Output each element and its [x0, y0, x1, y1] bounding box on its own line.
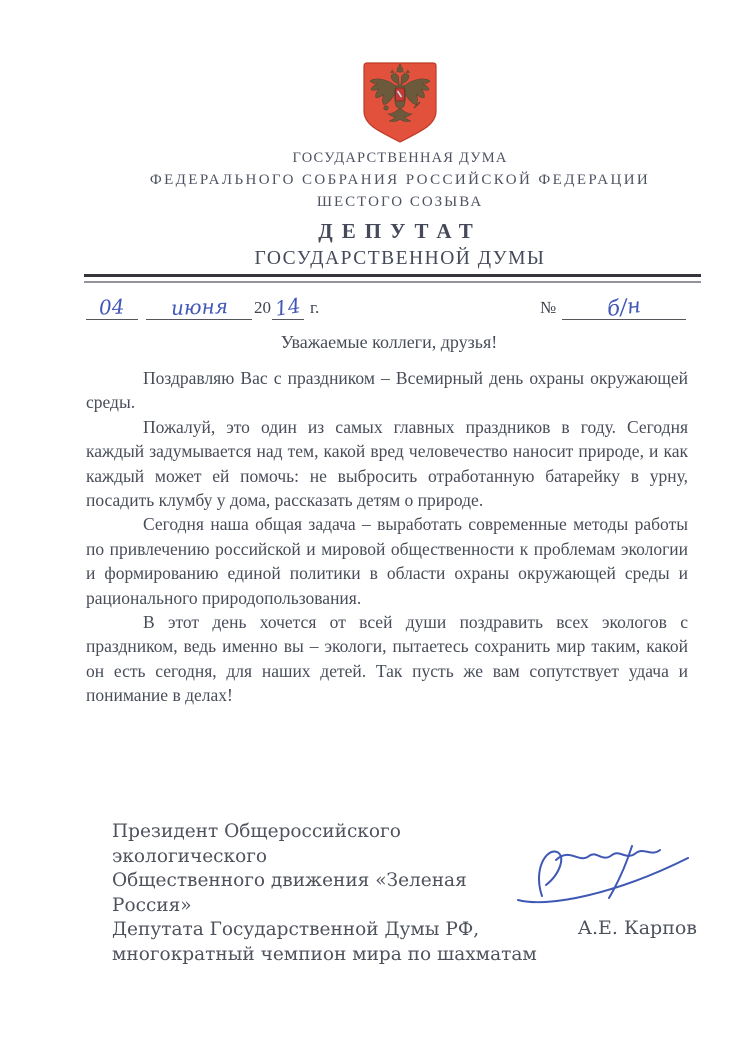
date-day-blank: 04: [86, 295, 138, 320]
dateline: 04 июня 20 14 г. № б/н: [86, 290, 702, 324]
paragraph: Поздравляю Вас с праздником – Всемирный …: [86, 366, 688, 415]
signatory-name: А.Е. Карпов: [86, 917, 697, 939]
paragraph: Пожалуй, это один из самых главных празд…: [86, 415, 688, 513]
date-year-suffix: г.: [310, 298, 319, 318]
org-convocation: ШЕСТОГО СОЗЫВА: [70, 194, 730, 211]
signature-role-line: многократный чемпион мира по шахматам: [112, 943, 542, 968]
deputy-title: ДЕПУТАТ: [70, 219, 730, 244]
letterhead-org-block: ГОСУДАРСТВЕННАЯ ДУМА ФЕДЕРАЛЬНОГО СОБРАН…: [70, 150, 730, 211]
date-year-blank: 14: [272, 295, 304, 320]
letterhead-title-block: ДЕПУТАТ ГОСУДАРСТВЕННОЙ ДУМЫ: [70, 219, 730, 270]
handwritten-signature-icon: [512, 838, 698, 912]
org-subtitle: ФЕДЕРАЛЬНОГО СОБРАНИЯ РОССИЙСКОЙ ФЕДЕРАЦ…: [70, 172, 730, 189]
paragraph: В этот день хочется от всей души поздрав…: [86, 610, 688, 708]
handwritten-number: б/н: [606, 293, 642, 321]
letter-page: ГОСУДАРСТВЕННАЯ ДУМА ФЕДЕРАЛЬНОГО СОБРАН…: [0, 0, 750, 1062]
handwritten-month: июня: [170, 294, 228, 320]
handwritten-year: 14: [274, 293, 303, 321]
number-blank: б/н: [562, 295, 686, 320]
letterhead-divider: [84, 274, 701, 283]
signature-role-line: Общественного движения «Зеленая Россия»: [112, 869, 542, 918]
number-label: №: [540, 298, 556, 318]
deputy-subtitle: ГОСУДАРСТВЕННОЙ ДУМЫ: [70, 248, 730, 270]
paragraph: Сегодня наша общая задача – выработать с…: [86, 512, 688, 610]
handwritten-day: 04: [99, 294, 126, 319]
signature-role-block: Президент Общероссийского экологического…: [112, 820, 542, 968]
salutation: Уважаемые коллеги, друзья!: [86, 332, 692, 353]
signature-role-line: Президент Общероссийского экологического: [112, 820, 542, 869]
date-month-blank: июня: [146, 295, 252, 320]
russia-coat-of-arms-icon: [363, 62, 437, 144]
letter-body: Поздравляю Вас с праздником – Всемирный …: [86, 366, 688, 708]
org-name: ГОСУДАРСТВЕННАЯ ДУМА: [70, 150, 730, 167]
date-year-prefix: 20: [254, 298, 271, 318]
